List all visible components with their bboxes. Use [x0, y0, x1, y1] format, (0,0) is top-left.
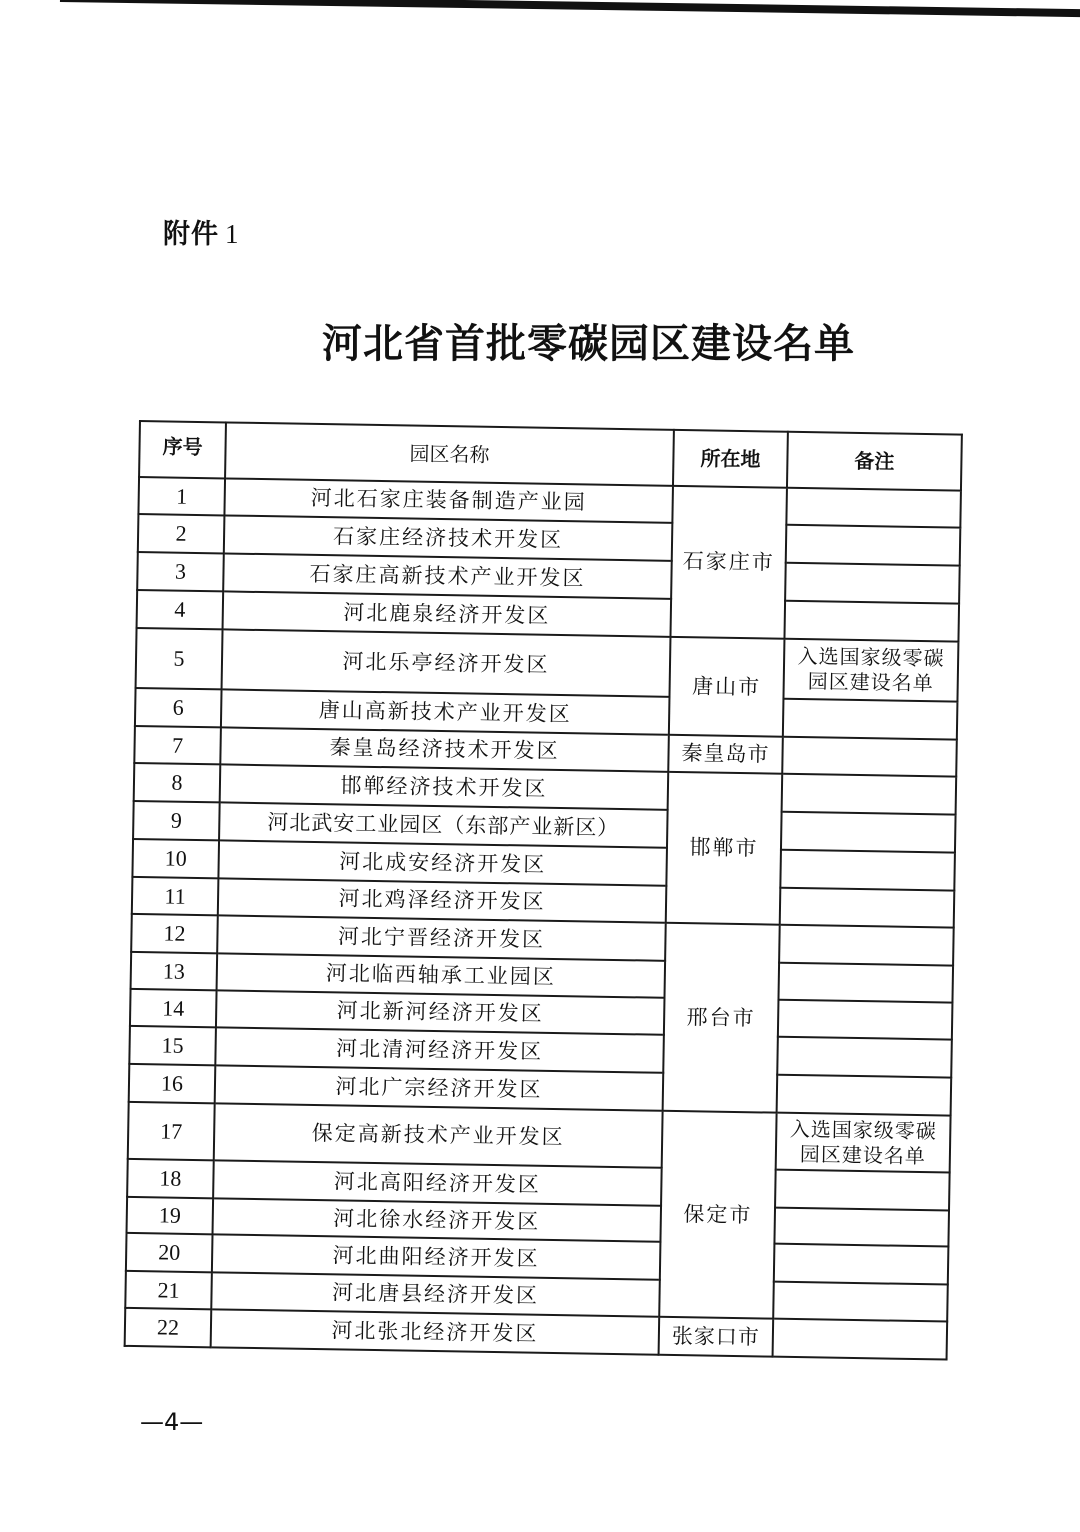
location-handan: 邯郸市	[666, 772, 782, 925]
row-seq: 9	[133, 801, 220, 840]
header-seq: 序号	[139, 421, 226, 478]
row-note	[777, 1037, 952, 1078]
row-seq: 20	[126, 1233, 213, 1272]
header-name: 园区名称	[225, 422, 674, 485]
row-note	[780, 850, 955, 891]
row-note	[781, 812, 956, 853]
row-note	[785, 563, 960, 604]
page-number: —4—	[140, 1408, 203, 1436]
row-note	[775, 1170, 950, 1211]
location-xingtai: 邢台市	[663, 923, 780, 1113]
location-qinhuangdao: 秦皇岛市	[668, 735, 783, 774]
attachment-number: 1	[225, 219, 240, 249]
note-line-2: 园区建设名单	[800, 1142, 926, 1168]
row-seq: 3	[137, 552, 224, 591]
row-name: 河北乐亭经济开发区	[222, 629, 671, 696]
row-seq: 13	[131, 952, 218, 990]
row-note	[777, 1075, 952, 1116]
row-seq: 21	[125, 1271, 212, 1309]
row-seq: 18	[127, 1159, 214, 1198]
row-note-national: 入选国家级零碳园区建设名单	[783, 639, 958, 702]
row-seq: 2	[138, 514, 225, 553]
row-note	[782, 737, 957, 777]
row-seq: 4	[137, 590, 224, 629]
row-seq: 5	[136, 628, 223, 689]
row-note	[773, 1282, 948, 1322]
location-tangshan: 唐山市	[669, 637, 785, 737]
note-line-2: 园区建设名单	[808, 669, 934, 695]
row-note	[773, 1319, 948, 1360]
note-line-1: 入选国家级零碳	[797, 644, 944, 670]
row-note	[786, 525, 961, 566]
park-list-table-container: 序号 园区名称 所在地 备注 1 河北石家庄装备制造产业园 石家庄市 2 石家庄…	[124, 420, 961, 1361]
row-note-national: 入选国家级零碳园区建设名单	[776, 1113, 951, 1173]
row-note	[783, 699, 958, 740]
row-seq: 6	[135, 688, 222, 727]
row-seq: 22	[125, 1308, 212, 1347]
row-seq: 14	[130, 989, 217, 1027]
row-note	[786, 488, 961, 528]
row-note	[780, 888, 955, 928]
header-location: 所在地	[673, 430, 788, 488]
header-note: 备注	[787, 432, 962, 491]
row-seq: 17	[128, 1102, 215, 1160]
location-baoding: 保定市	[659, 1111, 776, 1319]
row-seq: 12	[131, 914, 218, 953]
row-name: 保定高新技术产业开发区	[214, 1103, 663, 1167]
row-seq: 1	[138, 477, 225, 515]
row-seq: 8	[134, 763, 221, 802]
park-list-table: 序号 园区名称 所在地 备注 1 河北石家庄装备制造产业园 石家庄市 2 石家庄…	[124, 420, 963, 1361]
row-note	[782, 774, 957, 815]
row-note	[784, 601, 959, 642]
row-note	[774, 1208, 949, 1247]
note-line-1: 入选国家级零碳	[790, 1116, 937, 1142]
row-note	[774, 1244, 949, 1285]
row-seq: 11	[132, 877, 219, 915]
row-note	[779, 925, 954, 966]
row-seq: 10	[132, 839, 219, 878]
row-seq: 16	[129, 1064, 216, 1103]
document-title: 河北省首批零碳园区建设名单	[322, 312, 855, 369]
attachment-label: 附件1	[163, 212, 240, 251]
location-zhangjiakou: 张家口市	[659, 1317, 774, 1357]
row-name: 河北张北经济开发区	[211, 1309, 660, 1354]
row-seq: 7	[134, 726, 221, 764]
attachment-label-text: 附件	[163, 219, 219, 250]
row-note	[778, 1000, 953, 1040]
location-shijiazhuang: 石家庄市	[670, 486, 786, 639]
scan-edge-artifact	[60, 0, 1080, 18]
row-note	[778, 963, 953, 1003]
row-seq: 15	[129, 1026, 216, 1065]
row-seq: 19	[127, 1197, 214, 1234]
